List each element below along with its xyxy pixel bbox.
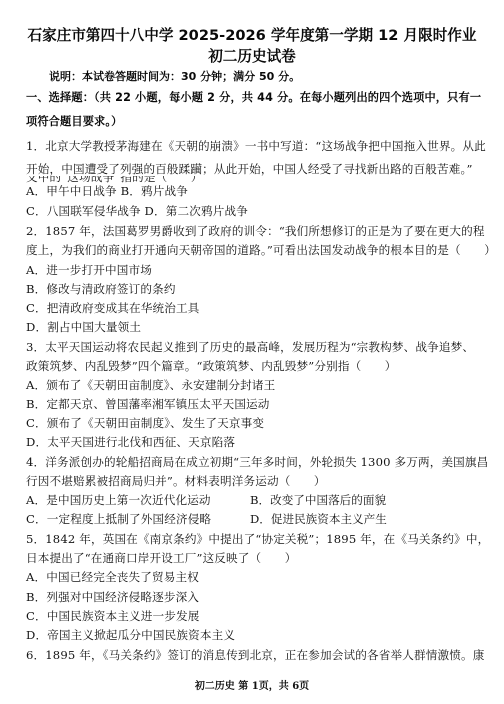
question-3-option-d: D．太平天国进行北伐和西征、天京陷落 — [26, 434, 235, 450]
exam-subtitle: 初二历史试卷 — [0, 48, 504, 66]
question-2-option-d: D．割占中国大量领土 — [26, 319, 141, 335]
question-3-option-a: A．颁布了《天朝田亩制度》、永安建制分封诸王 — [26, 377, 275, 393]
question-2-stem: 2．1857 年，法国葛罗男爵收到了政府的训令：“我们所想修订的正是为了要在更大… — [26, 223, 485, 239]
exam-instructions: 说明：本试卷答题时间为：30 分钟；满分 50 分。 — [49, 69, 300, 85]
exam-title: 石家庄市第四十八中学 2025-2026 学年度第一学期 12 月限时作业 — [0, 27, 504, 45]
exam-page: 石家庄市第四十八中学 2025-2026 学年度第一学期 12 月限时作业 初二… — [0, 0, 504, 704]
question-5-option-a: A．中国已经完全丧失了贸易主权 — [26, 569, 199, 585]
question-4-stem: 4．洋务派创办的轮船招商局在成立初期“三年多时间，外轮损失 1300 多万两，美… — [26, 454, 488, 470]
page-footer: 初二历史 第 1页，共 6页 — [0, 680, 504, 694]
question-5-stem: 5．1842 年，英国在《南京条约》中提出了“协定关税”；1895 年，在《马关… — [26, 531, 489, 547]
question-5-option-d: D．帝国主义掀起瓜分中国民族资本主义 — [26, 627, 235, 643]
question-5-option-b: B．列强对中国经济侵略逐步深入 — [26, 589, 199, 605]
question-2-option-b: B．修改与清政府签订的条约 — [26, 281, 176, 297]
question-4-stem: 行因不堪赔累被招商局归并”。材料表明洋务运动（ ） — [26, 473, 326, 489]
question-5-stem: 日本提出了“在通商口岸开设工厂”这反映了（ ） — [26, 550, 297, 566]
question-2-option-a: A．进一步打开中国市场 — [26, 262, 152, 278]
section-heading: 一、选择题：（共 22 小题，每小题 2 分，共 44 分。在每小题列出的四个选… — [26, 90, 481, 106]
question-2-option-c: C．把清政府变成其在华统治工具 — [26, 300, 199, 316]
question-5-option-c: C．中国民族资本主义进一步发展 — [26, 608, 199, 624]
question-1-options: C．八国联军侵华战争 D．第二次鸦片战争 — [26, 203, 248, 219]
section-heading-cont: 项符合题目要求。） — [26, 114, 122, 130]
question-1-options: A．甲午中日战争 B．鸦片战争 — [26, 183, 188, 199]
question-4-option-b: B．改变了中国落后的面貌 — [250, 492, 386, 508]
question-3-stem: 政策筑梦、内乱毁梦”四个篇章。“政策筑梦、内乱毁梦”分别指（ ） — [26, 358, 397, 374]
question-4-option-d: D．促进民族资本主义产生 — [250, 511, 387, 527]
question-3-option-c: C．颁布了《天朝田亩制度》、发生了天京事变 — [26, 415, 264, 431]
question-4-option-a: A．是中国历史上第一次近代化运动 — [26, 492, 211, 508]
question-2-stem: 度上，为我们的商业打开通向天朝帝国的道路。”可看出法国发动战争的根本目的是（ ） — [26, 242, 496, 258]
question-3-option-b: B．定都天京、曾国藩率湘军镇压太平天国运动 — [26, 396, 270, 412]
question-1-stem: 1．北京大学教授茅海建在《天朝的崩溃》一书中写道：“这场战争把中国拖入世界。从此 — [26, 138, 486, 154]
question-3-stem: 3．太平天国运动将农民起义推到了历史的最高峰，发展历程为“宗教构梦、战争追梦、 — [26, 339, 474, 355]
question-1-stem: 开始，中国遭受了列强的百般蹂躏；从此开始，中国人经受了寻找新出路的百般苦难。” — [26, 161, 473, 177]
question-6-stem: 6．1895 年，《马关条约》签订的消息传到北京，正在参加会试的各省举人群情激愤… — [26, 647, 484, 663]
question-4-option-c: C．一定程度上抵制了外国经济侵略 — [26, 511, 211, 527]
